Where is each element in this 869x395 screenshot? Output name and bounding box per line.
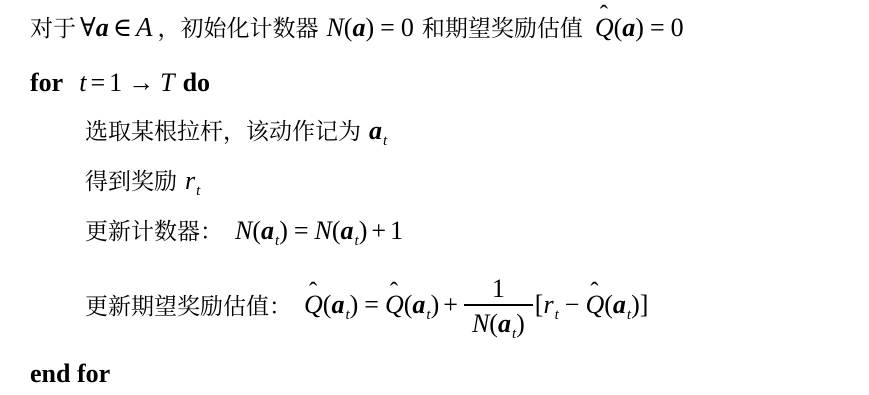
- for-line: fort=1→Tdo: [30, 66, 210, 100]
- hat-accent: ˆ: [600, 3, 608, 28]
- var-N: N: [315, 216, 332, 245]
- estimate-update-lhs: ˆQ(at)=ˆQ(at)+: [304, 288, 462, 326]
- var-a: a: [369, 116, 382, 145]
- var-a: a: [96, 13, 109, 42]
- var-a: a: [412, 290, 425, 319]
- var-a: a: [331, 290, 344, 319]
- sub-t: t: [275, 233, 279, 249]
- do-keyword: do: [183, 68, 210, 97]
- init-counter-text: 初始化计数器: [180, 16, 318, 41]
- var-T: T: [160, 68, 174, 97]
- arrow-symbol: →: [122, 68, 160, 97]
- minus-sign: −: [559, 290, 586, 319]
- rparen: ): [631, 290, 640, 319]
- var-N: N: [326, 13, 343, 42]
- sub-t: t: [555, 307, 559, 323]
- for-keyword: for: [30, 68, 63, 97]
- sub-t: t: [627, 307, 631, 323]
- rbracket: ]: [640, 290, 649, 319]
- plus-sign: +: [367, 216, 390, 245]
- equals-sign: =: [288, 216, 315, 245]
- Q-hat: ˆQ: [385, 288, 404, 322]
- one-value: 1: [390, 216, 403, 245]
- action-t-symbol: at: [369, 116, 387, 145]
- select-arm-line: 选取某根拉杆，该动作记为at: [85, 114, 387, 152]
- element-of-symbol: ∈: [109, 13, 136, 42]
- init-line: 对于∀a∈A，初始化计数器N(a)=0和期望奖励估值ˆQ(a)=0: [30, 10, 684, 46]
- Q-hat: ˆQ: [585, 288, 604, 322]
- var-a: a: [613, 290, 626, 319]
- rparen: ): [431, 290, 440, 319]
- cn-comma: ，: [157, 16, 180, 41]
- rparen: ): [350, 290, 359, 319]
- hat-accent: ˆ: [390, 280, 398, 305]
- end-for-keyword: end for: [30, 359, 110, 388]
- sub-t: t: [426, 307, 430, 323]
- plus-sign: +: [439, 290, 462, 319]
- reward-line: 得到奖励rt: [85, 164, 200, 202]
- var-N: N: [472, 309, 489, 338]
- action-set-symbol: A: [136, 12, 154, 42]
- var-a: a: [622, 13, 635, 42]
- reward-text: 得到奖励: [85, 169, 177, 194]
- step-size-fraction: 1 N(at): [464, 275, 533, 339]
- update-counter-label: 更新计数器：: [85, 219, 223, 244]
- var-a: a: [261, 216, 274, 245]
- fraction-numerator: 1: [464, 275, 533, 305]
- zero-value: 0: [401, 13, 414, 42]
- lparen: (: [252, 216, 261, 245]
- Q-hat: ˆQ: [304, 288, 323, 322]
- end-for-line: end for: [30, 357, 110, 391]
- one-value: 1: [109, 68, 122, 97]
- rparen: ): [516, 309, 525, 338]
- lparen: (: [604, 290, 613, 319]
- update-counter-line: 更新计数器：N(at)=N(at)+1: [85, 214, 403, 252]
- var-a: a: [352, 13, 365, 42]
- update-estimate-line: 更新期望奖励估值： ˆQ(at)=ˆQ(at)+ 1 N(at) [rt−ˆQ(…: [85, 268, 648, 346]
- Q-hat: ˆQ: [595, 11, 614, 45]
- sub-t: t: [345, 307, 349, 323]
- document-page: 对于∀a∈A，初始化计数器N(a)=0和期望奖励估值ˆQ(a)=0 fort=1…: [0, 0, 869, 395]
- sub-t: t: [512, 326, 516, 342]
- sub-t: t: [196, 183, 200, 199]
- hat-accent: ˆ: [590, 280, 598, 305]
- hat-accent: ˆ: [309, 280, 317, 305]
- var-r: r: [543, 290, 553, 319]
- loop-range-formula: t=1→T: [79, 68, 174, 97]
- var-N: N: [235, 216, 252, 245]
- var-r: r: [185, 166, 195, 195]
- lparen: (: [332, 216, 341, 245]
- var-a: a: [498, 309, 511, 338]
- lparen: (: [489, 309, 498, 338]
- zero-value: 0: [671, 13, 684, 42]
- rparen: ): [635, 13, 644, 42]
- select-arm-text: 选取某根拉杆，该动作记为: [85, 119, 361, 144]
- init-prefix-text: 对于: [30, 16, 76, 41]
- update-estimate-label: 更新期望奖励估值：: [85, 290, 292, 324]
- counter-update-formula: N(at)=N(at)+1: [235, 216, 403, 245]
- and-expected-text: 和期望奖励估值: [422, 16, 583, 41]
- rparen: ): [365, 13, 374, 42]
- forall-symbol: ∀: [80, 13, 96, 42]
- lparen: (: [614, 13, 623, 42]
- fraction-denominator: N(at): [464, 304, 533, 339]
- rparen: ): [279, 216, 288, 245]
- equals-sign: =: [358, 290, 385, 319]
- equals-sign: =: [374, 13, 401, 42]
- var-a: a: [341, 216, 354, 245]
- equals-sign: =: [644, 13, 671, 42]
- error-term: [rt−ˆQ(at)]: [535, 288, 649, 326]
- reward-t-symbol: rt: [185, 166, 200, 195]
- sub-t: t: [355, 233, 359, 249]
- counter-init-formula: N(a)=0: [326, 13, 413, 42]
- sub-t: t: [383, 133, 387, 149]
- equals-sign: =: [86, 68, 109, 97]
- estimate-init-formula: ˆQ(a)=0: [595, 13, 684, 42]
